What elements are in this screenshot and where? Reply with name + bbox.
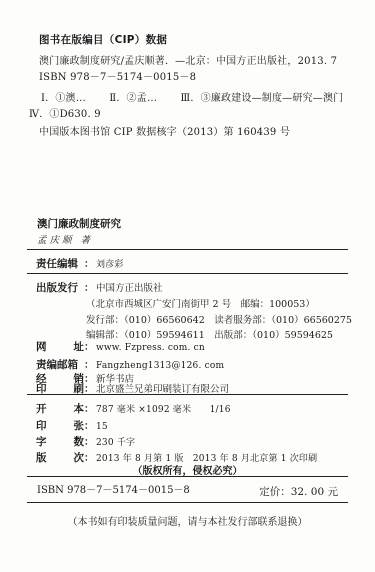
- publisher-phones-1: 发行部：（010）66560642 读者服务部：（010）66560275: [86, 312, 352, 326]
- publisher-label: 出版发行: [36, 280, 84, 295]
- colon: ：: [84, 279, 94, 294]
- colon: ：: [84, 433, 94, 448]
- price: 定价：32. 00 元: [259, 484, 338, 499]
- colon: ：: [84, 380, 94, 395]
- format-value: 787 毫米 ×1092 毫米 1/16: [96, 402, 231, 415]
- editor-row: 责任编辑 ： 刘彦彩: [36, 255, 124, 271]
- cip-catalog-number: 中国版本图书馆 CIP 数据核字（2013）第 160439 号: [39, 123, 290, 138]
- publisher-row: 出版发行 ： 中国方正出版社: [36, 279, 163, 295]
- divider: [27, 502, 348, 503]
- divider: [27, 273, 348, 274]
- footer-isbn: ISBN 978－7－5174－0015－8: [37, 481, 190, 496]
- rights-notice: （版权所有，侵权必究）: [0, 462, 375, 477]
- website-value[interactable]: www. Fzpress. com. cn: [96, 343, 205, 353]
- quality-notice: （本书如有印装质量问题，请与本社发行部联系退换）: [0, 513, 375, 528]
- cip-class-1: Ⅰ．①澳…: [41, 89, 86, 104]
- words-label: 字数: [36, 434, 84, 449]
- website-row: 网址 ： www. Fzpress. com. cn: [36, 338, 205, 354]
- cip-class-3: Ⅲ．③廉政建设—制度—研究—澳门: [181, 89, 344, 104]
- book-author: 孟庆顺 著: [37, 232, 93, 246]
- colon: ：: [84, 400, 94, 415]
- colon: ：: [84, 356, 94, 371]
- editor-label: 责任编辑: [36, 256, 84, 271]
- cip-citation: 澳门廉政制度研究/孟庆顺著．—北京：中国方正出版社，2013. 7: [39, 52, 337, 67]
- publisher-address: （北京市西城区广安门南街甲 2 号 邮编：100053）: [86, 296, 315, 310]
- cip-heading: 图书在版编目（CIP）数据: [39, 32, 167, 47]
- printer-value: 北京盛兰兄弟印刷装订有限公司: [96, 381, 229, 395]
- format-row: 开本 ： 787 毫米 ×1092 毫米 1/16: [36, 400, 231, 416]
- editor-value: 刘彦彩: [96, 257, 124, 270]
- website-label: 网址: [36, 339, 84, 354]
- cip-class-2: Ⅱ．②孟…: [109, 89, 157, 104]
- divider: [27, 249, 348, 250]
- publisher-name: 中国方正出版社: [96, 280, 163, 294]
- colon: ：: [84, 255, 94, 270]
- words-row: 字数 ： 230 千字: [36, 433, 135, 449]
- format-label: 开本: [36, 401, 84, 416]
- sheets-value: 15: [96, 422, 108, 432]
- cip-class-4: Ⅳ．①D630. 9: [29, 105, 101, 120]
- cip-isbn: ISBN 978－7－5174－0015－8: [39, 68, 196, 83]
- sheets-label: 印张: [36, 418, 84, 433]
- divider: [27, 476, 348, 477]
- book-title: 澳门廉政制度研究: [37, 216, 121, 231]
- divider: [27, 394, 348, 395]
- colon: ：: [84, 338, 94, 353]
- cip-classification: Ⅰ．①澳… Ⅱ．②孟… Ⅲ．③廉政建设—制度—研究—澳门: [41, 89, 343, 104]
- words-value: 230 千字: [96, 435, 135, 448]
- sheets-row: 印张 ： 15: [36, 417, 108, 433]
- colon: ：: [84, 417, 94, 432]
